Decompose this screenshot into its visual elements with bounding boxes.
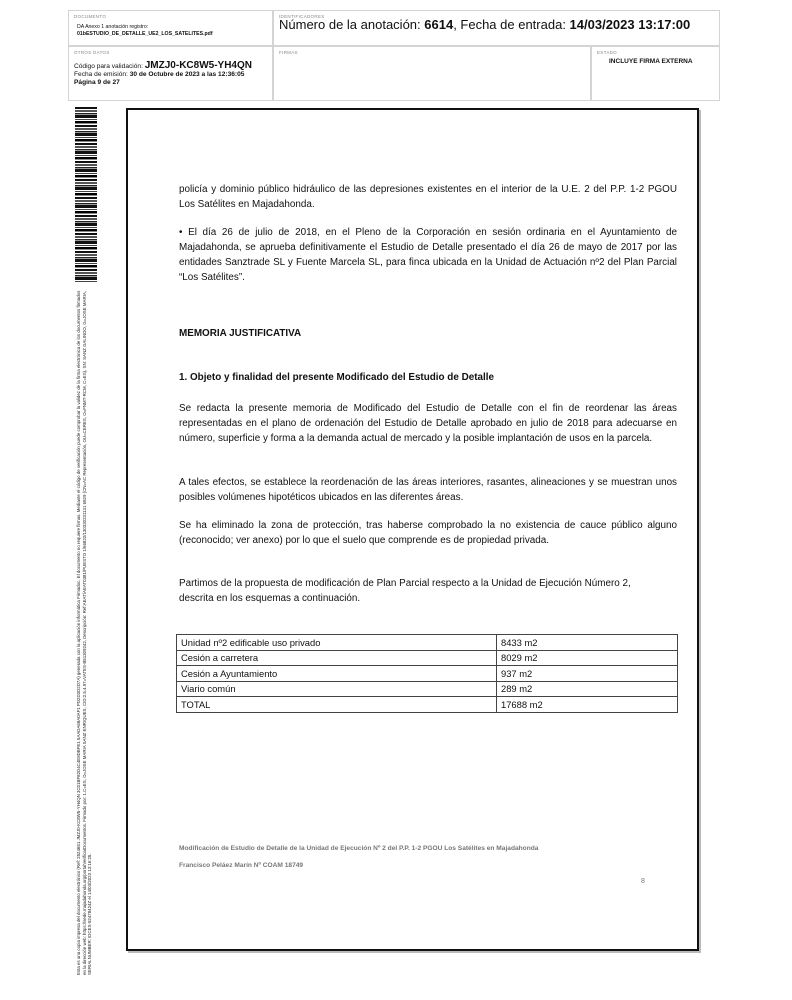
estado-label: ESTADO — [597, 50, 617, 55]
firmas-box: FIRMAS — [273, 46, 591, 101]
identificadores-box: IDENTIFICADORES Número de la anotación: … — [273, 10, 720, 46]
validation-code: JMZJ0-KC8W5-YH4QN — [145, 60, 252, 71]
paragraph-5: Se ha eliminado la zona de protección, t… — [179, 518, 677, 548]
table-row-total: TOTAL17688 m2 — [177, 697, 678, 713]
annotation-number: 6614 — [424, 17, 453, 32]
estado-value: INCLUYE FIRMA EXTERNA — [609, 58, 693, 65]
section-heading-objeto: 1. Objeto y finalidad del presente Modif… — [179, 372, 494, 383]
verification-legal-text: Esta es una copia impresa del documento … — [76, 285, 93, 975]
document-footer-title: Modificación de Estudio de Detalle de la… — [179, 845, 538, 852]
documento-box: DOCUMENTO DA Anexo 1 anotación registro:… — [68, 10, 273, 46]
emission-date-line: Fecha de emisión: 30 de Octubre de 2023 … — [74, 71, 252, 79]
document-footer-author: Francisco Peláez Marín Nº COAM 18749 — [179, 862, 303, 869]
validation-code-line: Código para validación: JMZJ0-KC8W5-YH4Q… — [74, 62, 252, 71]
entry-date: 14/03/2023 13:17:00 — [570, 17, 691, 32]
paragraph-2: • El día 26 de julio de 2018, en el Plen… — [179, 225, 677, 285]
otros-datos-box: OTROS DATOS Código para validación: JMZJ… — [68, 46, 273, 101]
area-summary-table: Unidad nº2 edificable uso privado8433 m2… — [176, 634, 678, 713]
section-heading-memoria: MEMORIA JUSTIFICATIVA — [179, 328, 301, 339]
firmas-label: FIRMAS — [279, 50, 298, 55]
estado-box: ESTADO INCLUYE FIRMA EXTERNA — [591, 46, 720, 101]
table-row: Viario común289 m2 — [177, 681, 678, 697]
document-filename: DA Anexo 1 anotación registro: 01bESTUDI… — [77, 24, 257, 38]
table-row: Unidad nº2 edificable uso privado8433 m2 — [177, 635, 678, 651]
annotation-info: Número de la anotación: 6614, Fecha de e… — [279, 18, 719, 32]
paragraph-6: Partimos de la propuesta de modificación… — [179, 576, 649, 606]
table-row: Cesión a carretera8029 m2 — [177, 650, 678, 666]
paragraph-4: A tales efectos, se establece la reorden… — [179, 475, 677, 505]
otros-datos-label: OTROS DATOS — [74, 50, 110, 55]
paragraph-1: policía y dominio público hidráulico de … — [179, 182, 677, 212]
barcode-icon — [75, 107, 97, 282]
page-indicator: Página 9 de 27 — [74, 79, 252, 87]
page-number: 8 — [641, 878, 645, 885]
paragraph-3: Se redacta la presente memoria de Modifi… — [179, 401, 677, 446]
table-row: Cesión a Ayuntamiento937 m2 — [177, 666, 678, 682]
documento-label: DOCUMENTO — [74, 14, 106, 19]
